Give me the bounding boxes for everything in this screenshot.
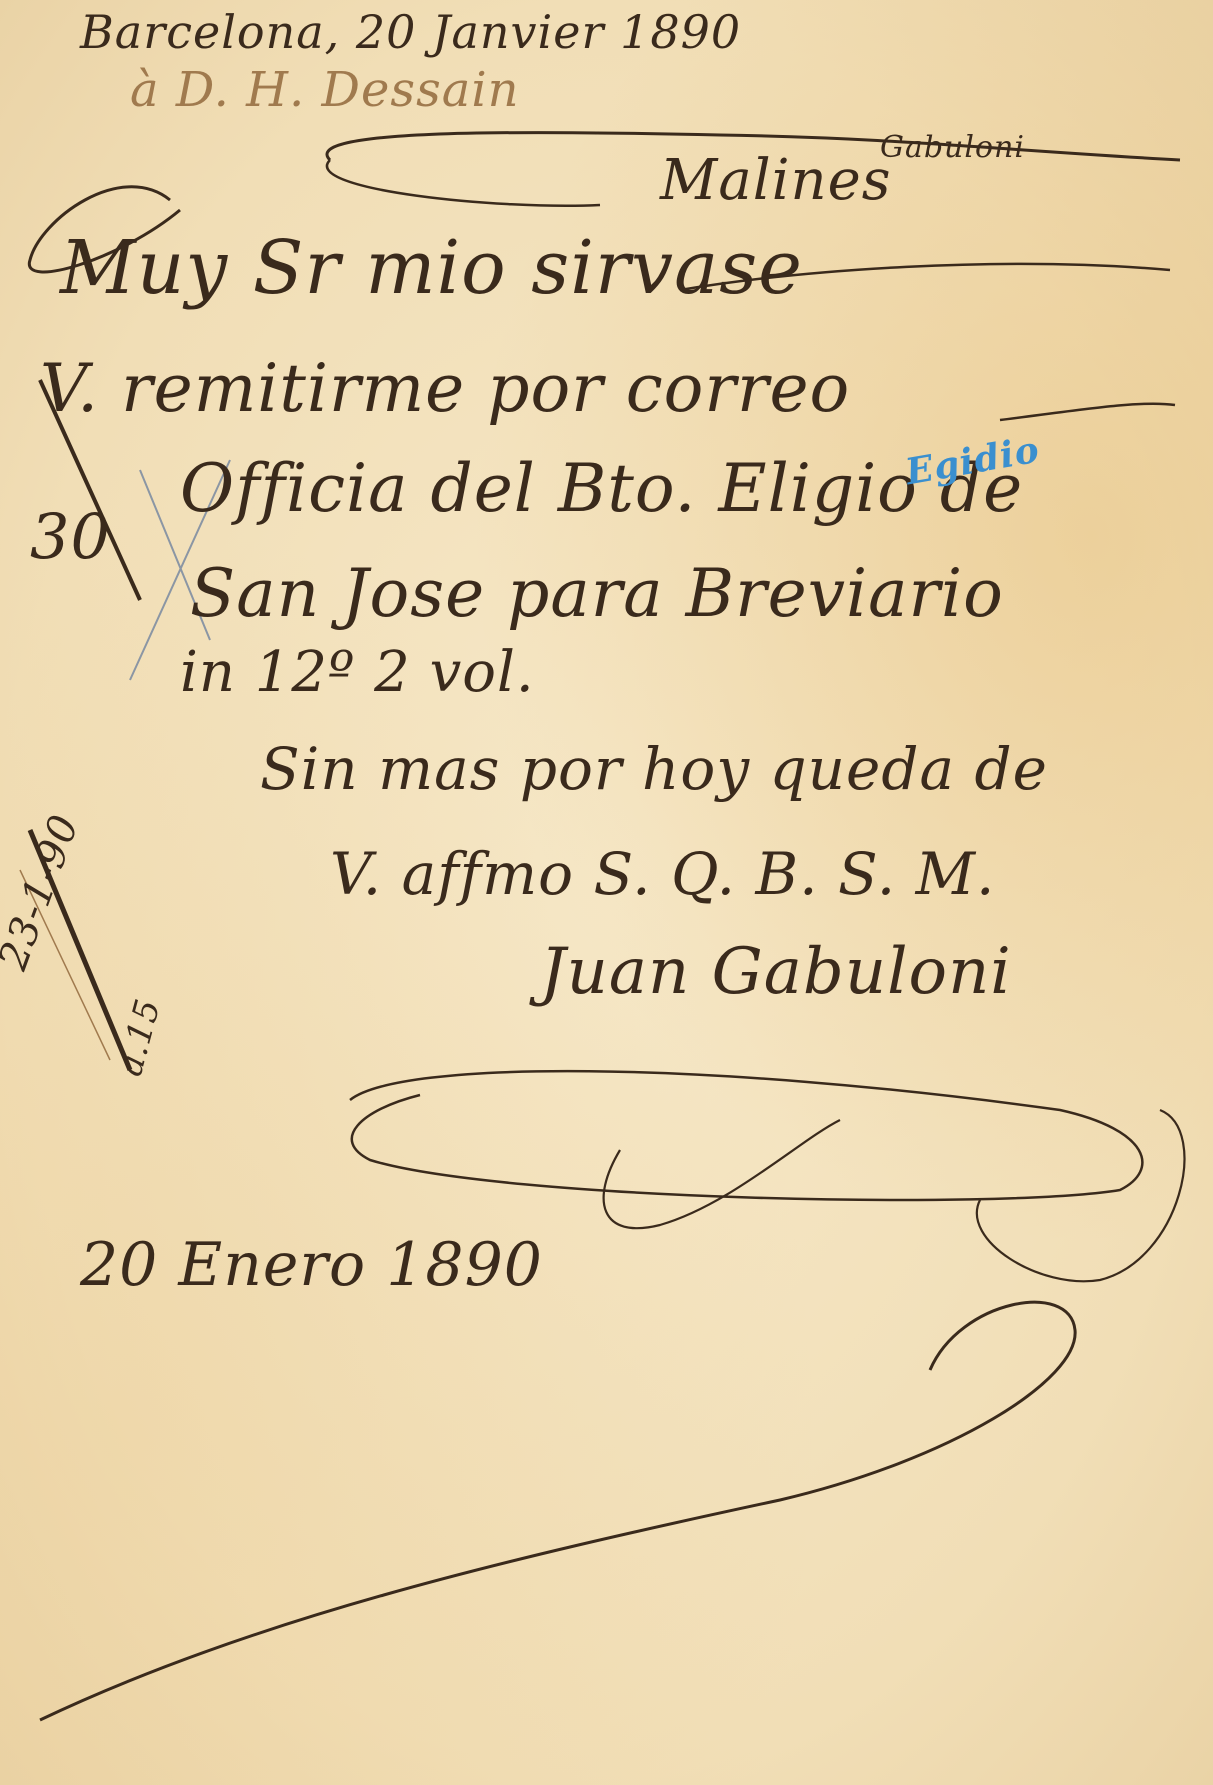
footer-date: 20 Enero 1890 — [80, 1230, 543, 1300]
letter-page: Barcelona, 20 Janvier 1890 à D. H. Dessa… — [0, 0, 1213, 1785]
quantity-mark: 30 — [30, 500, 111, 573]
closing-line-1: Sin mas por hoy queda de — [260, 735, 1048, 803]
addressee-note: Gabuloni — [880, 130, 1025, 165]
signature: Juan Gabuloni — [540, 935, 1012, 1009]
margin-date: 23-1-90 — [0, 808, 88, 975]
body-line-1: V. remitirme por correo — [40, 350, 850, 427]
addressee-line: à D. H. Dessain — [130, 62, 520, 118]
margin-number: a.15 — [110, 994, 169, 1080]
body-line-4: in 12º 2 vol. — [180, 640, 535, 705]
addressee-city: Malines — [660, 148, 892, 213]
salutation: Muy Sr mio sirvase — [60, 225, 803, 311]
body-line-2: Officia del Bto. Eligio de — [180, 450, 1023, 527]
body-line-3: San Jose para Breviario — [190, 555, 1004, 632]
letter-header-line: Barcelona, 20 Janvier 1890 — [80, 5, 741, 59]
closing-line-2: V. affmo S. Q. B. S. M. — [330, 840, 995, 908]
